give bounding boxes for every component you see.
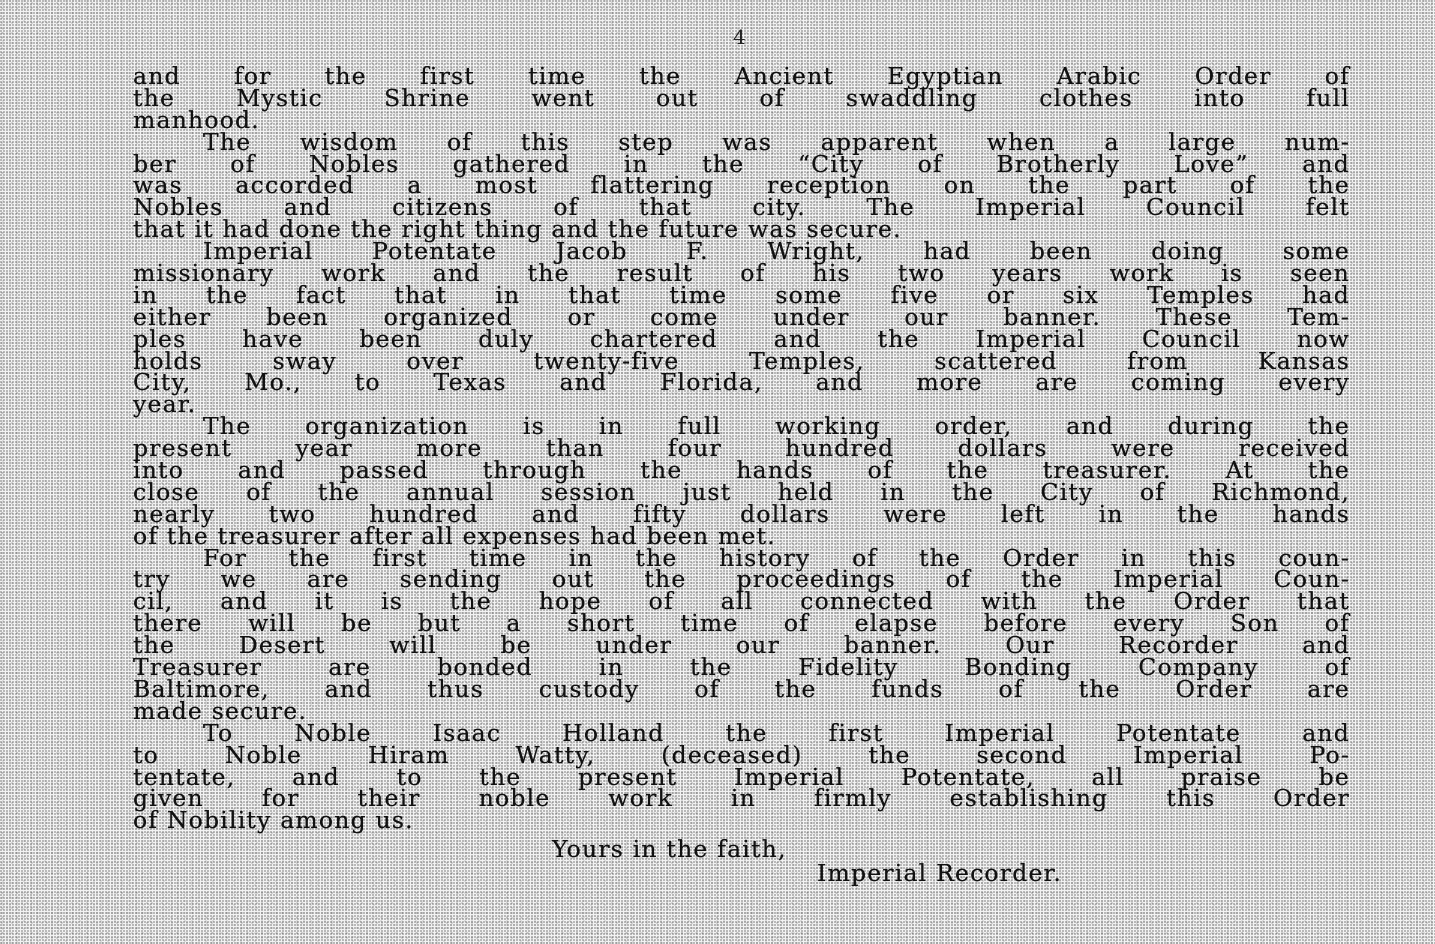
closing-salutation: Yours in the faith, bbox=[552, 838, 787, 860]
paragraph-1: and for the first time the Ancient Egypt… bbox=[133, 66, 1350, 132]
body-text: and for the first time the Ancient Egypt… bbox=[133, 66, 1350, 832]
paragraph-3: Imperial Potentate Jacob F. Wright, had … bbox=[133, 241, 1350, 416]
paragraph-2: The wisdom of this step was apparent whe… bbox=[133, 132, 1350, 241]
text-line: Baltimore, and thus custody of the funds… bbox=[133, 679, 1350, 701]
paragraph-6: To Noble Isaac Holland the first Imperia… bbox=[133, 723, 1350, 832]
text-line: City, Mo., to Texas and Florida, and mor… bbox=[133, 372, 1350, 394]
document-page: 4 and for the first time the Ancient Egy… bbox=[0, 0, 1435, 944]
signature: Imperial Recorder. bbox=[817, 862, 1062, 884]
text-line: of Nobility among us. bbox=[133, 810, 1350, 832]
paragraph-5: For the first time in the history of the… bbox=[133, 548, 1350, 723]
text-line: the Mystic Shrine went out of swaddling … bbox=[133, 88, 1350, 110]
paragraph-4: The organization is in full working orde… bbox=[133, 416, 1350, 547]
page-number: 4 bbox=[733, 26, 746, 48]
